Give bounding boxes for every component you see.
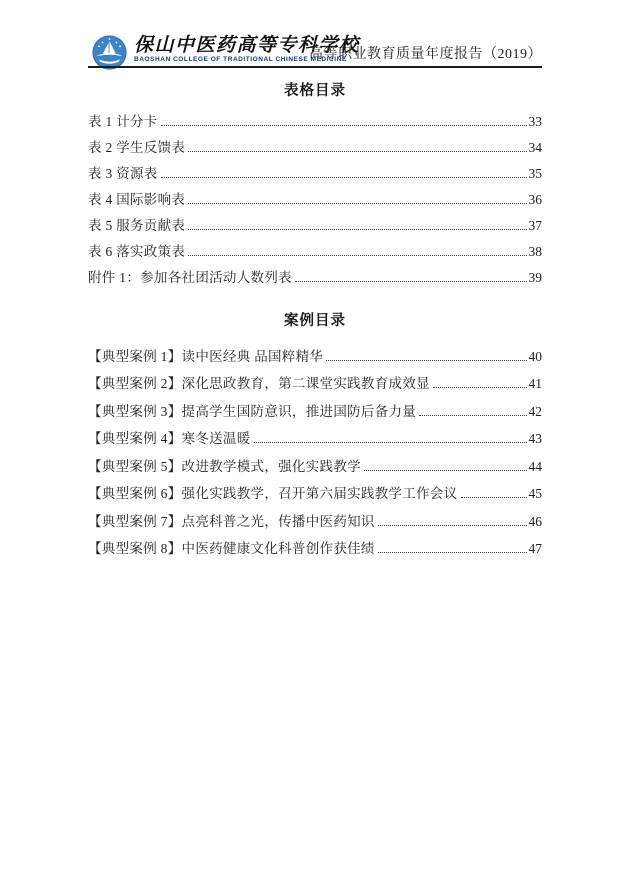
toc-entry-label: 【典型案例 3】提高学生国防意识，推进国防后备力量 <box>88 400 416 424</box>
toc-entry-label: 表 1 计分卡 <box>88 110 158 134</box>
toc-entry-page: 34 <box>529 140 543 160</box>
dot-leader-icon <box>188 151 526 152</box>
dot-leader-icon <box>378 525 527 526</box>
toc-entry-page: 33 <box>529 114 543 134</box>
tables-toc-heading: 表格目录 <box>88 79 542 100</box>
toc-entry[interactable]: 表 2 学生反馈表 34 <box>88 134 542 160</box>
toc-entry-label: 【典型案例 6】强化实践教学，召开第六届实践教学工作会议 <box>88 482 458 506</box>
toc-entry-label: 表 5 服务贡献表 <box>88 214 185 238</box>
header-divider <box>88 66 542 68</box>
toc-entry-page: 37 <box>529 218 543 238</box>
toc-entry-page: 36 <box>529 192 543 212</box>
tables-toc-section: 表格目录 表 1 计分卡 33 表 2 学生反馈表 34 表 3 资源表 35 … <box>88 79 542 290</box>
toc-entry[interactable]: 【典型案例 8】中医药健康文化科普创作获佳绩 47 <box>88 534 542 562</box>
dot-leader-icon <box>433 387 527 388</box>
toc-entry-label: 表 4 国际影响表 <box>88 188 185 212</box>
toc-entry-label: 【典型案例 4】寒冬送温暖 <box>88 427 251 451</box>
document-page: 保山中医药高等专科学校 BAOSHAN COLLEGE OF TRADITION… <box>0 0 630 890</box>
dot-leader-icon <box>188 203 526 204</box>
dot-leader-icon <box>461 497 527 498</box>
toc-entry-label: 【典型案例 5】改进教学模式，强化实践教学 <box>88 455 361 479</box>
dot-leader-icon <box>419 415 526 416</box>
toc-entry-label: 附件 1：参加各社团活动人数列表 <box>88 266 292 290</box>
toc-entry-page: 41 <box>529 376 543 396</box>
toc-entry-page: 38 <box>529 244 543 264</box>
dot-leader-icon <box>188 255 526 256</box>
toc-entry-label: 【典型案例 1】读中医经典 品国粹精华 <box>88 345 323 369</box>
toc-entry-label: 【典型案例 2】深化思政教育，第二课堂实践教育成效显 <box>88 372 430 396</box>
dot-leader-icon <box>326 360 526 361</box>
tables-toc-list: 表 1 计分卡 33 表 2 学生反馈表 34 表 3 资源表 35 表 4 国… <box>88 108 542 290</box>
toc-entry[interactable]: 【典型案例 7】点亮科普之光，传播中医药知识 46 <box>88 506 542 534</box>
toc-entry[interactable]: 附件 1：参加各社团活动人数列表 39 <box>88 264 542 290</box>
dot-leader-icon <box>161 177 527 178</box>
toc-entry-page: 39 <box>529 270 543 290</box>
dot-leader-icon <box>254 442 527 443</box>
toc-entry-label: 【典型案例 7】点亮科普之光，传播中医药知识 <box>88 510 375 534</box>
toc-entry-page: 44 <box>529 459 543 479</box>
report-title: 高等职业教育质量年度报告（2019） <box>309 43 542 63</box>
dot-leader-icon <box>188 229 526 230</box>
dot-leader-icon <box>378 552 527 553</box>
toc-entry-page: 45 <box>529 486 543 506</box>
toc-entry[interactable]: 表 6 落实政策表 38 <box>88 238 542 264</box>
page-header: 保山中医药高等专科学校 BAOSHAN COLLEGE OF TRADITION… <box>88 35 542 66</box>
dot-leader-icon <box>161 125 527 126</box>
toc-entry[interactable]: 表 4 国际影响表 36 <box>88 186 542 212</box>
toc-entry[interactable]: 【典型案例 3】提高学生国防意识，推进国防后备力量 42 <box>88 396 542 424</box>
toc-entry[interactable]: 【典型案例 5】改进教学模式，强化实践教学 44 <box>88 451 542 479</box>
toc-entry-page: 43 <box>529 431 543 451</box>
cases-toc-heading: 案例目录 <box>88 309 542 330</box>
toc-entry-label: 表 2 学生反馈表 <box>88 136 185 160</box>
cases-toc-section: 案例目录 【典型案例 1】读中医经典 品国粹精华 40 【典型案例 2】深化思政… <box>88 309 542 561</box>
toc-entry-page: 35 <box>529 166 543 186</box>
toc-entry-page: 42 <box>529 404 543 424</box>
toc-entry[interactable]: 表 3 资源表 35 <box>88 160 542 186</box>
toc-entry-page: 46 <box>529 514 543 534</box>
school-emblem-icon <box>92 35 127 70</box>
toc-entry[interactable]: 【典型案例 2】深化思政教育，第二课堂实践教育成效显 41 <box>88 369 542 397</box>
toc-entry[interactable]: 【典型案例 4】寒冬送温暖 43 <box>88 424 542 452</box>
toc-entry[interactable]: 【典型案例 1】读中医经典 品国粹精华 40 <box>88 341 542 369</box>
toc-entry[interactable]: 表 5 服务贡献表 37 <box>88 212 542 238</box>
cases-toc-list: 【典型案例 1】读中医经典 品国粹精华 40 【典型案例 2】深化思政教育，第二… <box>88 341 542 561</box>
toc-entry-label: 表 3 资源表 <box>88 162 158 186</box>
dot-leader-icon <box>295 281 527 282</box>
dot-leader-icon <box>364 470 527 471</box>
toc-entry-label: 表 6 落实政策表 <box>88 240 185 264</box>
toc-entry[interactable]: 【典型案例 6】强化实践教学，召开第六届实践教学工作会议 45 <box>88 479 542 507</box>
toc-entry[interactable]: 表 1 计分卡 33 <box>88 108 542 134</box>
toc-entry-page: 47 <box>529 541 543 561</box>
toc-entry-page: 40 <box>529 349 543 369</box>
toc-entry-label: 【典型案例 8】中医药健康文化科普创作获佳绩 <box>88 537 375 561</box>
